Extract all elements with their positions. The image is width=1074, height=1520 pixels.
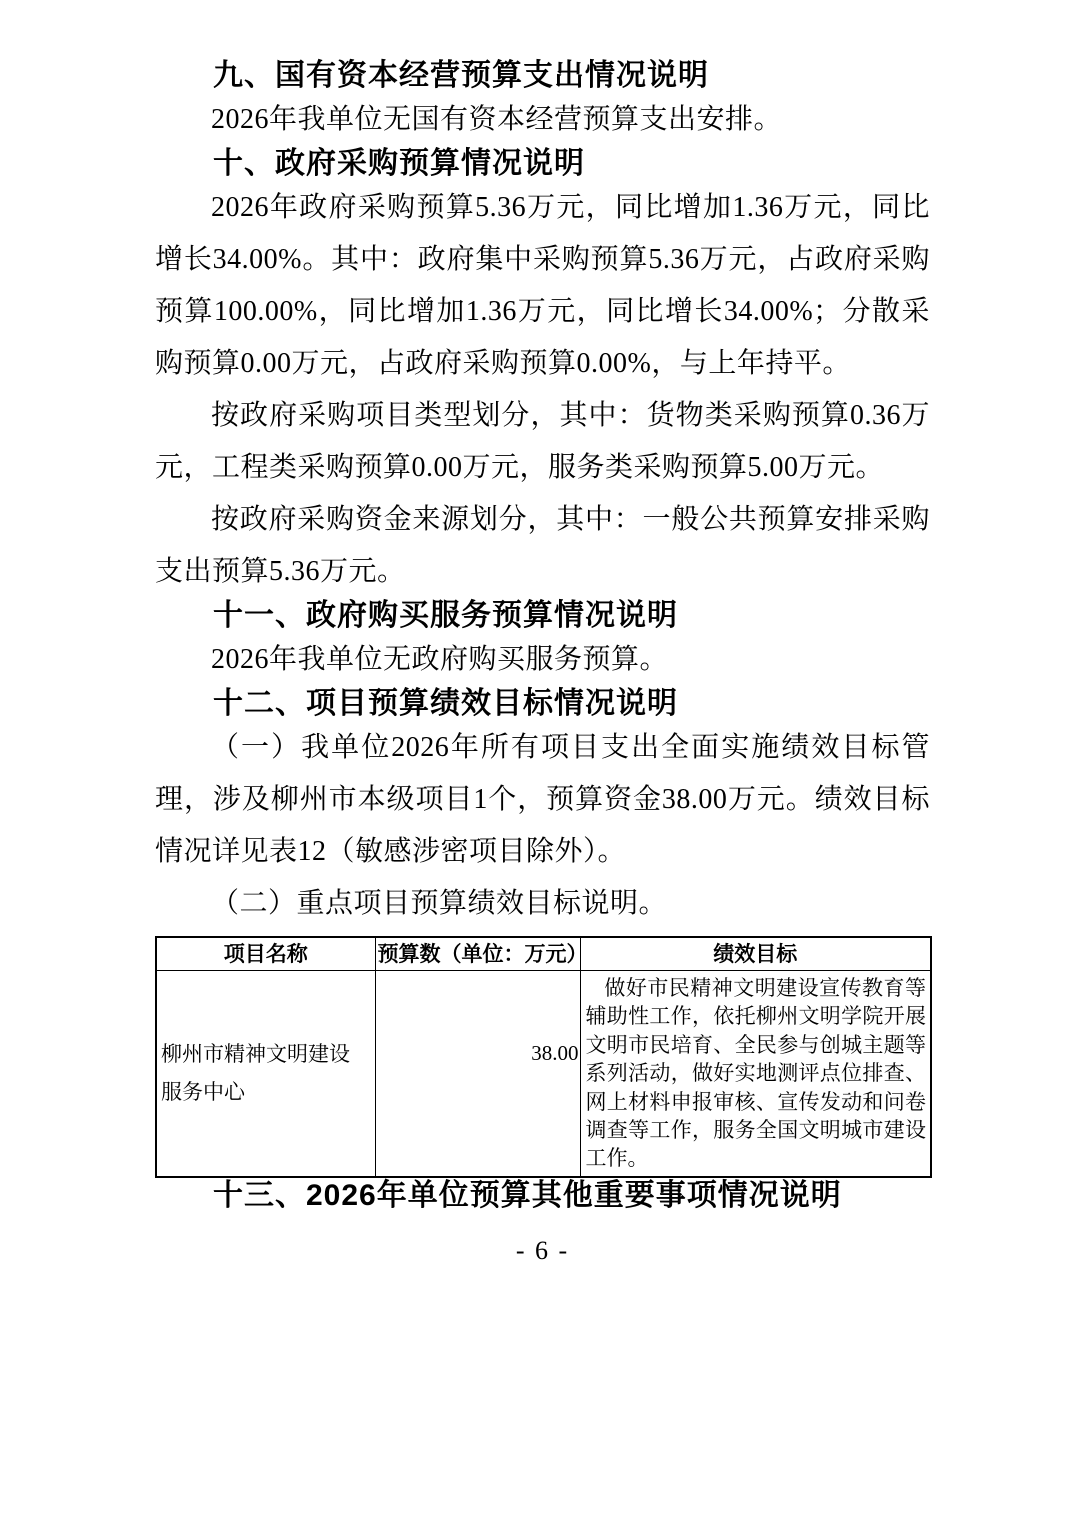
table-header-row: 项目名称 预算数（单位：万元） 绩效目标 bbox=[156, 937, 931, 971]
table-row: 柳州市精神文明建设服务中心 38.00 做好市民精神文明建设宣传教育等辅助性工作… bbox=[156, 971, 931, 1177]
cell-budget: 38.00 bbox=[375, 971, 580, 1177]
section-heading-10: 十、政府采购预算情况说明 bbox=[213, 146, 930, 182]
section-heading-12: 十二、项目预算绩效目标情况说明 bbox=[213, 686, 930, 722]
cell-performance-target: 做好市民精神文明建设宣传教育等辅助性工作，依托柳州文明学院开展文明市民培育、全民… bbox=[580, 971, 931, 1177]
section-11-paragraph: 2026年我单位无政府购买服务预算。 bbox=[155, 634, 930, 686]
document-page: 九、国有资本经营预算支出情况说明 2026年我单位无国有资本经营预算支出安排。 … bbox=[0, 0, 1074, 1520]
page-number: - 6 - bbox=[155, 1236, 930, 1266]
section-9-paragraph: 2026年我单位无国有资本经营预算支出安排。 bbox=[155, 94, 930, 146]
section-heading-13: 十三、2026年单位预算其他重要事项情况说明 bbox=[213, 1178, 930, 1214]
section-heading-11: 十一、政府购买服务预算情况说明 bbox=[213, 598, 930, 634]
section-10-paragraph-2: 按政府采购项目类型划分，其中：货物类采购预算0.36万元，工程类采购预算0.00… bbox=[155, 390, 930, 494]
col-header-performance-target: 绩效目标 bbox=[580, 937, 931, 971]
section-heading-9: 九、国有资本经营预算支出情况说明 bbox=[213, 58, 930, 94]
cell-project-name: 柳州市精神文明建设服务中心 bbox=[156, 971, 375, 1177]
col-header-budget: 预算数（单位：万元） bbox=[375, 937, 580, 971]
page-content: 九、国有资本经营预算支出情况说明 2026年我单位无国有资本经营预算支出安排。 … bbox=[0, 0, 1074, 1266]
section-12-paragraph-2: （二）重点项目预算绩效目标说明。 bbox=[155, 878, 930, 930]
section-10-paragraph-3: 按政府采购资金来源划分，其中：一般公共预算安排采购支出预算5.36万元。 bbox=[155, 494, 930, 598]
col-header-project-name: 项目名称 bbox=[156, 937, 375, 971]
section-12-paragraph-1: （一）我单位2026年所有项目支出全面实施绩效目标管理，涉及柳州市本级项目1个，… bbox=[155, 722, 930, 878]
section-10-paragraph-1: 2026年政府采购预算5.36万元，同比增加1.36万元，同比增长34.00%。… bbox=[155, 182, 930, 390]
performance-target-table: 项目名称 预算数（单位：万元） 绩效目标 柳州市精神文明建设服务中心 38.00… bbox=[155, 936, 932, 1178]
